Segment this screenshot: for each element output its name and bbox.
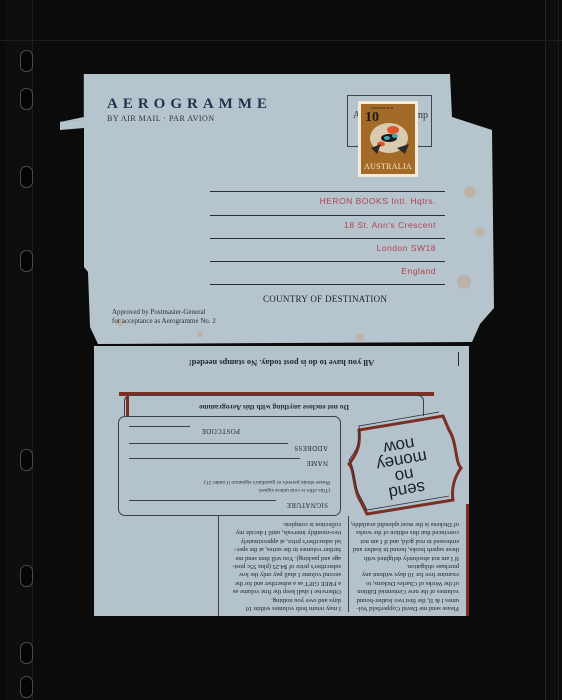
postcode-label: POSTCODE: [201, 427, 240, 435]
offer-line: age and packing). You will then send me: [223, 553, 341, 561]
address-label: ADDRESS: [294, 444, 328, 452]
address-line: [210, 215, 445, 216]
binder-hole: [20, 250, 33, 272]
offer-line: of the Works of Charles Dickens, to: [347, 578, 459, 586]
binder-hole: [20, 565, 33, 587]
form-note-line-1: (This offer is void unless signed.: [258, 487, 330, 493]
offer-line: purchase obligation.: [347, 562, 459, 570]
offer-text-right-column: Please send me David Copperfield Vol- um…: [347, 520, 459, 612]
sheet-edge: [0, 40, 562, 41]
address-line-1: HERON BOOKS Intl. Hqtrs.: [320, 196, 436, 206]
form-note-line-2: Please obtain parent's or guardian's sig…: [204, 479, 330, 485]
address-line: [210, 238, 445, 239]
offer-line: collection is complete.: [223, 520, 341, 528]
binder-hole: [20, 449, 33, 471]
address-line-3: London SW18: [377, 243, 436, 253]
air-mail-subtitle: BY AIR MAIL · PAR AVION: [107, 114, 215, 123]
column-divider: [218, 516, 219, 616]
signature-field[interactable]: [129, 500, 276, 501]
postcode-field[interactable]: [129, 426, 190, 427]
accent-bar-corner: [126, 392, 129, 416]
offer-line: of Dickens is the most splendid availabl…: [347, 520, 459, 528]
offer-line: second volume I shall pay only the low: [223, 570, 341, 578]
accent-bar-vertical: [466, 504, 469, 616]
offer-line: volumes of the new Centennial Edition: [347, 587, 459, 595]
post-today-tagline: All you have to do is post today. No sta…: [94, 358, 469, 368]
offer-line: these superb books, bound in leather and: [347, 545, 459, 553]
offer-line: further volumes in the series, at the sp…: [223, 545, 341, 553]
offer-line: embossed in real gold, and if I am not: [347, 536, 459, 544]
offer-line: Please send me David Copperfield Vol-: [347, 604, 459, 612]
order-flap-panel: All you have to do is post today. No sta…: [94, 346, 469, 616]
offer-line: Otherwise I shall keep the first volume …: [223, 587, 341, 595]
country-of-destination-label: COUNTRY OF DESTINATION: [263, 294, 387, 304]
address-field[interactable]: [129, 443, 288, 444]
binder-strip-right: [545, 0, 559, 700]
binder-hole: [20, 676, 33, 698]
address-line-2: 18 St. Ann's Crescent: [344, 220, 436, 230]
send-no-money-text: send no money now: [362, 432, 443, 504]
binder-hole: [20, 50, 33, 72]
signature-label: SIGNATURE: [286, 501, 328, 509]
offer-line: examine free for 10 days without any: [347, 570, 459, 578]
approval-line-1: Approved by Postmaster-General: [112, 308, 216, 317]
offer-line: If I am not absolutely delighted with: [347, 553, 459, 561]
offer-line: two-monthly intervals, until I decide my: [223, 528, 341, 536]
binder-hole: [20, 166, 33, 188]
binder-hole: [20, 88, 33, 110]
offer-line: days and owe you nothing.: [223, 595, 341, 603]
address-line-4: England: [401, 266, 436, 276]
approval-line-2: for acceptance as Aerogramme No. 2: [112, 317, 216, 326]
name-label: NAME: [306, 459, 328, 467]
address-line: [210, 261, 445, 262]
offer-line: ial subscriber's price, at approximately: [223, 536, 341, 544]
upside-down-content: All you have to do is post today. No sta…: [94, 346, 469, 616]
order-form-box: SIGNATURE (This offer is void unless sig…: [118, 416, 341, 516]
offer-line: I may return both volumes within 10: [223, 604, 341, 612]
offer-line: umes I & II, the first two leather-bound: [347, 595, 459, 603]
aerogramme-title: AEROGRAMME: [107, 96, 272, 113]
offer-line: convinced that this edition of the works: [347, 528, 459, 536]
binder-hole: [20, 642, 33, 664]
binder-strip-left: [6, 0, 33, 700]
approval-notice: Approved by Postmaster-General for accep…: [112, 308, 216, 326]
offer-text-left-column: I may return both volumes within 10 days…: [223, 520, 341, 612]
address-line: [210, 191, 445, 192]
offer-line: subscriber's price of $4.25 (plus 55c po…: [223, 562, 341, 570]
offer-line: a FREE GIFT as a subscriber and for the: [223, 578, 341, 586]
postage-stamp: ANEMONE FISH 10 AUSTRALIA: [358, 101, 418, 177]
stamp-country: AUSTRALIA: [361, 162, 415, 171]
fish-coral-illustration: [367, 118, 411, 156]
address-line: [210, 284, 445, 285]
name-field[interactable]: [129, 458, 300, 459]
aerogramme-address-panel: AEROGRAMME BY AIR MAIL · PAR AVION A mp …: [60, 72, 496, 350]
